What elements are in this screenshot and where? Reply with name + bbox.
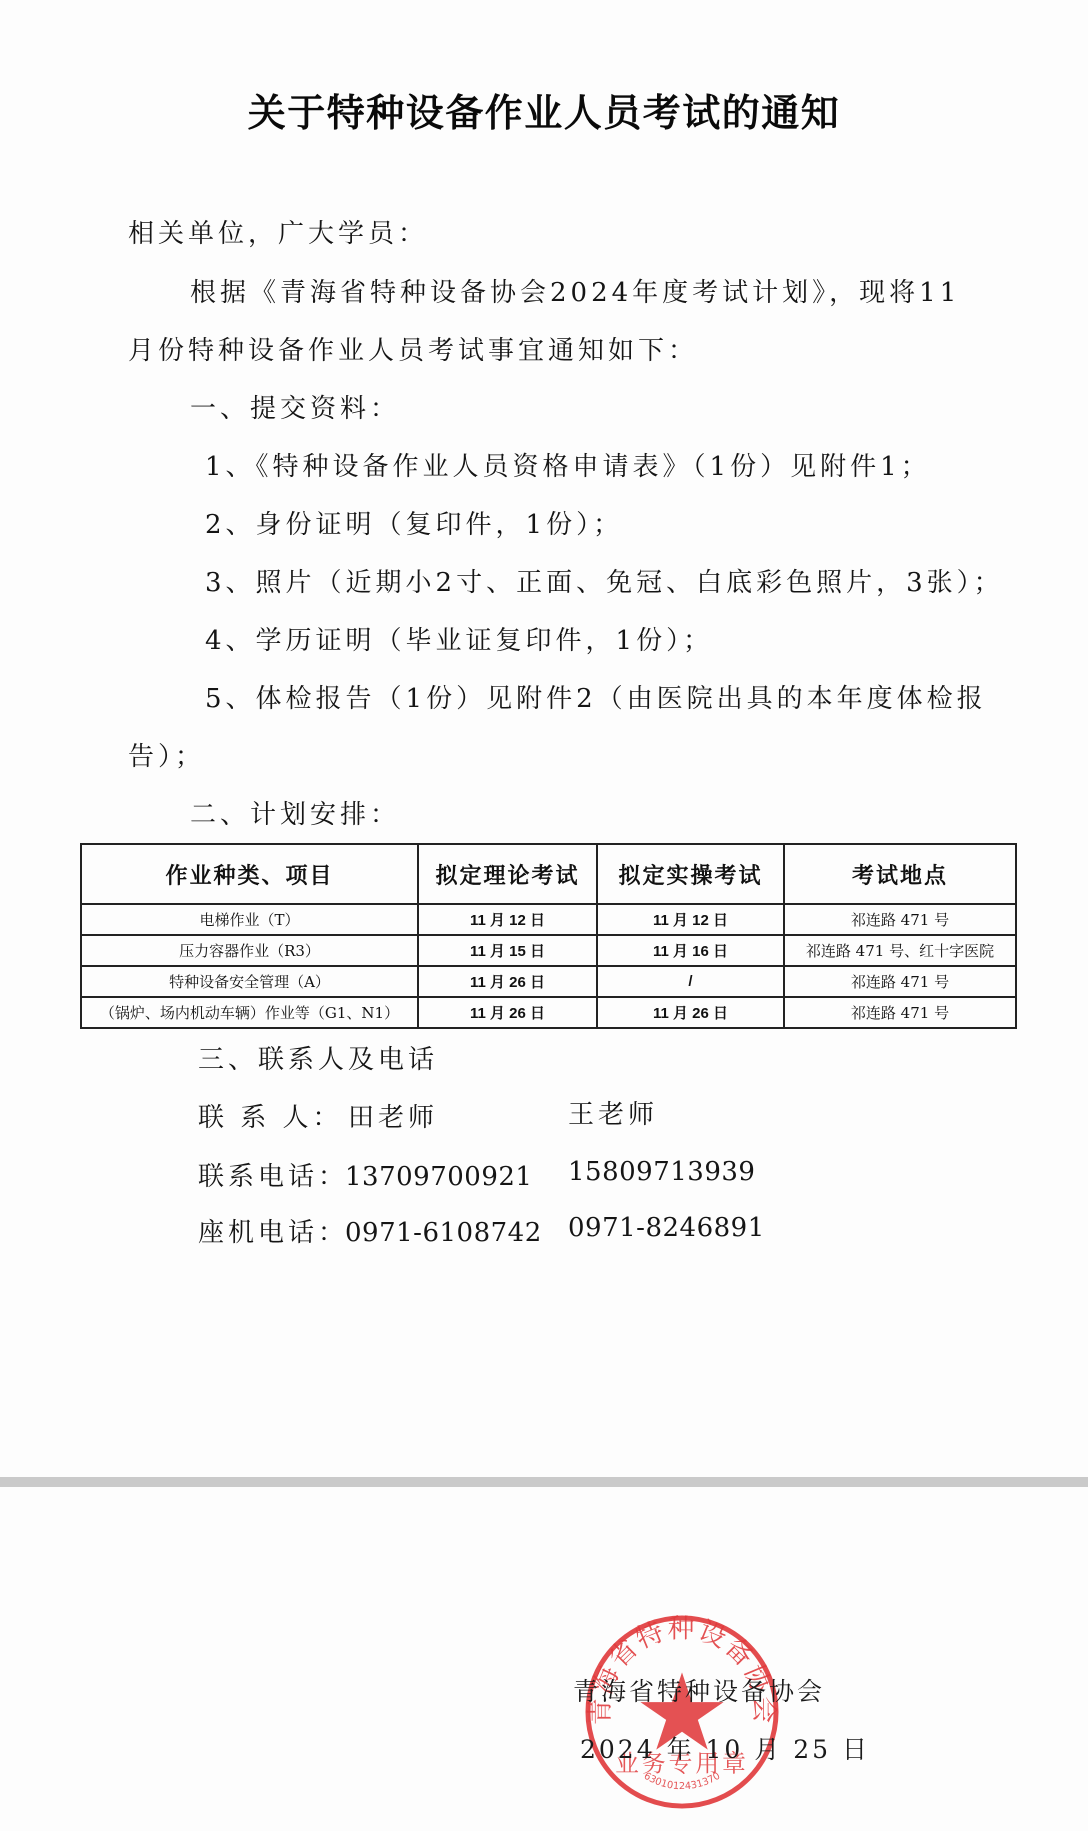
issue-date: 2024 年 10 月 25 日 [580,1730,870,1766]
document-title: 关于特种设备作业人员考试的通知 [0,82,1088,137]
cell-practical-date: 11 月 16 日 [597,935,784,966]
cell-practical-date: / [597,966,784,997]
cell-theory-date: 11 月 26 日 [418,997,597,1028]
header-category: 作业种类、项目 [81,844,418,904]
material-item-3: 3、照片（近期小2寸、正面、免冠、白底彩色照片，3张）； [205,566,1004,600]
intro-line-2: 月份特种设备作业人员考试事宜通知如下： [128,334,698,368]
cell-location: 祁连路 471 号 [784,997,1016,1028]
header-practical-exam: 拟定实操考试 [597,844,784,904]
cell-category: 压力容器作业（R3） [81,935,418,966]
contact-landline-1: 0971-6108742 [345,1216,542,1250]
contact-phone-2: 15809713939 [568,1155,755,1189]
table-row: （锅炉、场内机动车辆）作业等（G1、N1） 11 月 26 日 11 月 26 … [81,997,1016,1028]
cell-category: 电梯作业（T） [81,904,418,935]
cell-location: 祁连路 471 号 [784,904,1016,935]
material-item-5: 5、体检报告（1份）见附件2（由医院出具的本年度体检报 [205,682,987,716]
cell-theory-date: 11 月 12 日 [418,904,597,935]
section-3-heading: 三、联系人及电话 [198,1043,438,1077]
table-header-row: 作业种类、项目 拟定理论考试 拟定实操考试 考试地点 [81,844,1016,904]
contact-person-label: 联 系 人： [198,1101,343,1135]
contact-phone-1: 13709700921 [345,1160,532,1194]
exam-schedule-table: 作业种类、项目 拟定理论考试 拟定实操考试 考试地点 电梯作业（T） 11 月 … [80,843,1015,1029]
contact-name-2: 王老师 [568,1098,658,1132]
material-item-5-continuation: 告）； [128,740,205,774]
issuing-organization: 青海省特种设备协会 [573,1672,825,1708]
header-location: 考试地点 [784,844,1016,904]
cell-category: （锅炉、场内机动车辆）作业等（G1、N1） [81,997,418,1028]
contact-landline-2: 0971-8246891 [568,1211,765,1245]
phone-label: 联系电话： [198,1160,348,1194]
salutation: 相关单位，广大学员： [128,217,428,251]
cell-practical-date: 11 月 12 日 [597,904,784,935]
material-item-2: 2、身份证明（复印件，1份）； [205,508,623,542]
section-1-heading: 一、提交资料： [190,392,400,426]
header-theory-exam: 拟定理论考试 [418,844,597,904]
material-item-1: 1、《特种设备作业人员资格申请表》（1份）见附件1； [205,450,931,484]
cell-location: 祁连路 471 号 [784,966,1016,997]
section-2-heading: 二、计划安排： [190,798,400,832]
cell-theory-date: 11 月 15 日 [418,935,597,966]
cell-category: 特种设备安全管理（A） [81,966,418,997]
table-row: 电梯作业（T） 11 月 12 日 11 月 12 日 祁连路 471 号 [81,904,1016,935]
material-item-4: 4、学历证明（毕业证复印件，1份）； [205,624,713,658]
table-row: 压力容器作业（R3） 11 月 15 日 11 月 16 日 祁连路 471 号… [81,935,1016,966]
contact-name-1: 田老师 [348,1101,438,1135]
table-row: 特种设备安全管理（A） 11 月 26 日 / 祁连路 471 号 [81,966,1016,997]
landline-label: 座机电话： [198,1216,348,1250]
intro-line-1: 根据《青海省特种设备协会2024年度考试计划》，现将11 [190,276,960,310]
page-divider [0,1477,1088,1487]
official-seal-icon: 青海省特种设备协会 业务专用章 6301012431370 [583,1613,781,1811]
cell-practical-date: 11 月 26 日 [597,997,784,1028]
cell-theory-date: 11 月 26 日 [418,966,597,997]
cell-location: 祁连路 471 号、红十字医院 [784,935,1016,966]
